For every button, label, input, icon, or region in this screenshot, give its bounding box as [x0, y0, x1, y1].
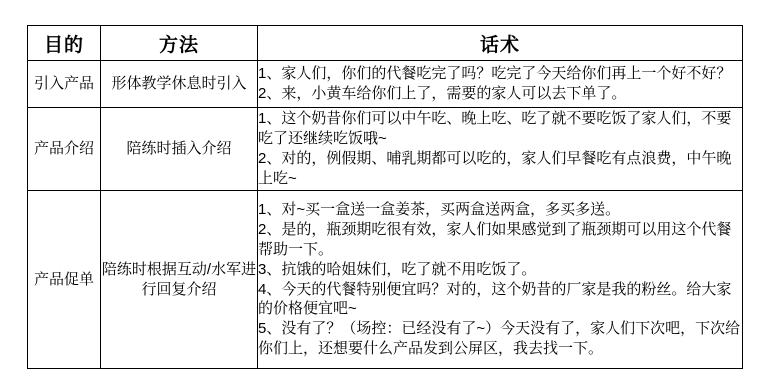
page: 目的 方法 话术 引入产品 形体教学休息时引入 1、家人们，你们的代餐吃完了吗？… — [0, 0, 765, 392]
script-cell: 1、对~买一盒送一盒姜茶，买两盒送两盒，多买多送。 2、是的，瓶颈期吃很有效，家… — [258, 191, 743, 369]
method-cell: 形体教学休息时引入 — [101, 61, 258, 108]
script-line: 3、抗饿的哈姐妹们，吃了就不用吃饭了。 — [258, 260, 742, 280]
sales-script-table: 目的 方法 话术 引入产品 形体教学休息时引入 1、家人们，你们的代餐吃完了吗？… — [27, 25, 743, 369]
table-row-product-promotion: 产品促单 陪练时根据互动/水军进行回复介绍 1、对~买一盒送一盒姜茶，买两盒送两… — [28, 191, 743, 369]
script-line: 1、家人们，你们的代餐吃完了吗？吃完了今天给你们再上一个好不好？ — [258, 64, 742, 84]
method-cell: 陪练时插入介绍 — [101, 108, 258, 191]
script-cell: 1、这个奶昔你们可以中午吃、晚上吃、吃了就不要吃饭了家人们，不要吃了还继续吃饭哦… — [258, 108, 743, 191]
script-line: 2、来，小黄车给你们上了，需要的家人可以去下单了。 — [258, 84, 742, 104]
script-line: 1、这个奶昔你们可以中午吃、晚上吃、吃了就不要吃饭了家人们，不要吃了还继续吃饭哦… — [258, 109, 742, 149]
script-line: 4、今天的代餐特别便宜吗？对的，这个奶昔的厂家是我的粉丝。给大家的价格便宜吧~ — [258, 280, 742, 320]
purpose-cell: 产品促单 — [28, 191, 101, 369]
header-cell-method: 方法 — [101, 26, 258, 61]
purpose-cell: 引入产品 — [28, 61, 101, 108]
table-row-product-intro: 产品介绍 陪练时插入介绍 1、这个奶昔你们可以中午吃、晚上吃、吃了就不要吃饭了家… — [28, 108, 743, 191]
script-line: 2、对的，例假期、哺乳期都可以吃的，家人们早餐吃有点浪费，中午晚上吃~ — [258, 149, 742, 189]
method-cell: 陪练时根据互动/水军进行回复介绍 — [101, 191, 258, 369]
header-cell-purpose: 目的 — [28, 26, 101, 61]
header-row: 目的 方法 话术 — [28, 26, 743, 61]
script-line: 1、对~买一盒送一盒姜茶，买两盒送两盒，多买多送。 — [258, 200, 742, 220]
script-line: 5、没有了？（场控：已经没有了~）今天没有了，家人们下次吧，下次给你们上，还想要… — [258, 319, 742, 359]
header-cell-script: 话术 — [258, 26, 743, 61]
script-line: 2、是的，瓶颈期吃很有效，家人们如果感觉到了瓶颈期可以用这个代餐帮助一下。 — [258, 220, 742, 260]
purpose-cell: 产品介绍 — [28, 108, 101, 191]
table-row-introduce-product: 引入产品 形体教学休息时引入 1、家人们，你们的代餐吃完了吗？吃完了今天给你们再… — [28, 61, 743, 108]
script-cell: 1、家人们，你们的代餐吃完了吗？吃完了今天给你们再上一个好不好？ 2、来，小黄车… — [258, 61, 743, 108]
